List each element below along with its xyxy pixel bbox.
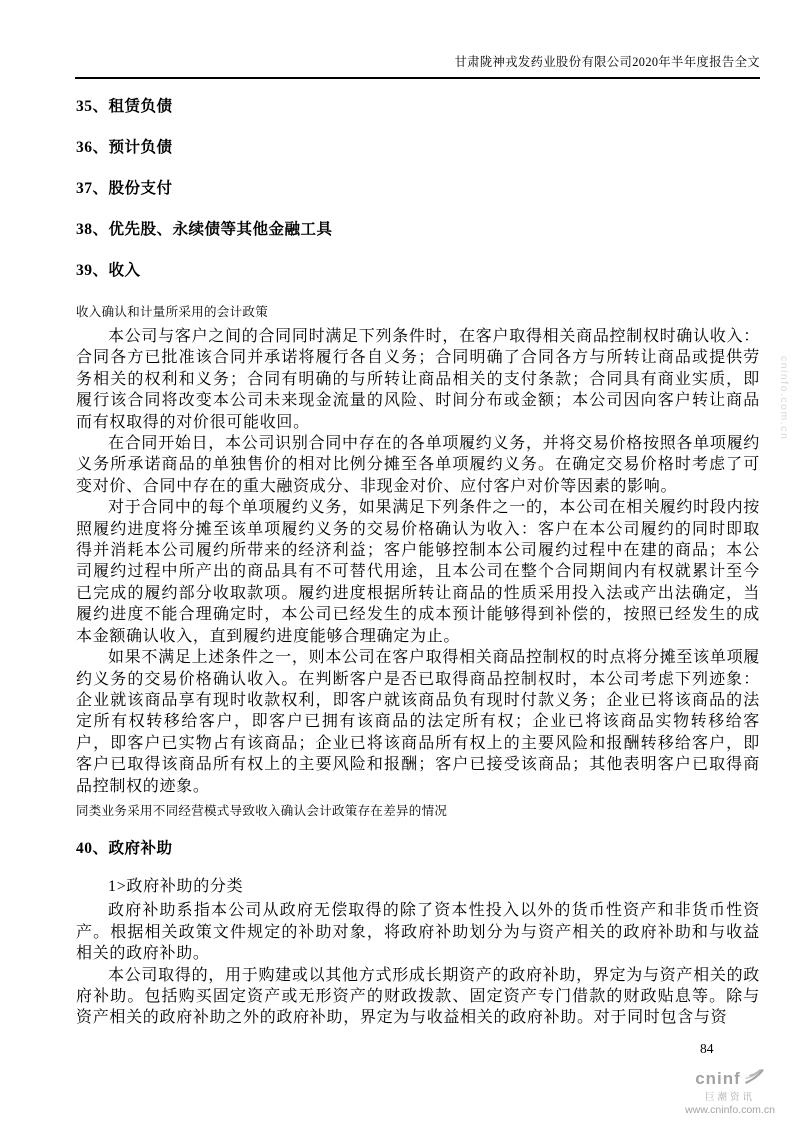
revenue-paragraph-2: 在合同开始日，本公司识别合同中存在的各单项履约义务，并将交易价格按照各单项履约义… (76, 433, 760, 497)
revenue-paragraph-1: 本公司与客户之间的合同同时满足下列条件时，在客户取得相关商品控制权时确认收入：合… (76, 326, 760, 433)
section-heading-40: 40、政府补助 (76, 840, 760, 858)
section-heading-36: 36、预计负债 (76, 139, 760, 157)
report-body: 35、租赁负债 36、预计负债 37、股份支付 38、优先股、永续债等其他金融工… (76, 90, 760, 1029)
cninfo-logo-text: cninf (695, 1069, 741, 1089)
revenue-policy-label: 收入确认和计量所采用的会计政策 (76, 304, 760, 321)
page-number: 84 (700, 1041, 714, 1057)
revenue-difference-label: 同类业务采用不同经营模式导致收入确认会计政策存在差异的情况 (76, 803, 760, 820)
subsidy-classification-subheading: 1>政府补助的分类 (76, 876, 760, 897)
subsidy-paragraph-2: 本公司取得的，用于购建或以其他方式形成长期资产的政府补助，界定为与资产相关的政府… (76, 965, 760, 1029)
header-title: 甘肃陇神戎发药业股份有限公司2020年半年度报告全文 (454, 55, 760, 69)
cninfo-logo: cninf 巨潮资讯 www.cninfo.com.cn (675, 1067, 785, 1116)
cninfo-side-watermark: cninfo.com.cn (778, 356, 790, 440)
section-heading-38: 38、优先股、永续债等其他金融工具 (76, 221, 760, 239)
subsidy-paragraph-1: 政府补助系指本公司从政府无偿取得的除了资本性投入以外的货币性资产和非货币性资产。… (76, 900, 760, 964)
cninfo-logo-url: www.cninfo.com.cn (675, 1104, 785, 1116)
section-heading-39: 39、收入 (76, 262, 760, 280)
cninfo-swirl-icon (743, 1067, 765, 1090)
revenue-paragraph-4: 如果不满足上述条件之一，则本公司在客户取得相关商品控制权的时点将分摊至该单项履约… (76, 647, 760, 797)
page-header: 甘肃陇神戎发药业股份有限公司2020年半年度报告全文 (75, 52, 760, 79)
section-heading-35: 35、租赁负债 (76, 98, 760, 116)
cninfo-logo-chinese: 巨潮资讯 (675, 1089, 785, 1103)
revenue-paragraph-3: 对于合同中的每个单项履约义务，如果满足下列条件之一的，本公司在相关履约时段内按照… (76, 497, 760, 647)
section-heading-37: 37、股份支付 (76, 180, 760, 198)
report-page: 甘肃陇神戎发药业股份有限公司2020年半年度报告全文 35、租赁负债 36、预计… (0, 0, 793, 1122)
cninfo-logo-row: cninf (675, 1067, 785, 1090)
